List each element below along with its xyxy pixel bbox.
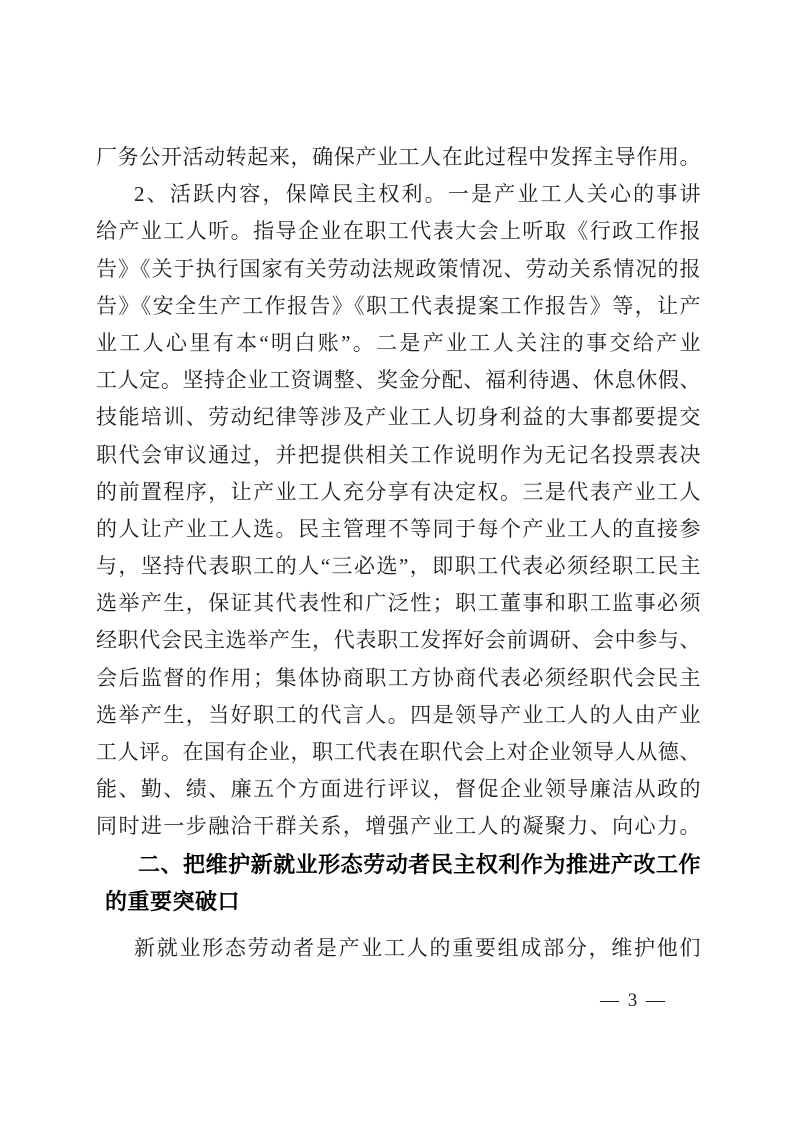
document-page: 厂务公开活动转起来，确保产业工人在此过程中发挥主导作用。 2、活跃内容，保障民主… [0, 0, 794, 1123]
body-line: 工人评。在国有企业，职工代表在职代会上对企业领导人从德、 [96, 734, 701, 771]
body-line: 告》《安全生产工作报告》《职工代表提案工作报告》等，让产 [96, 288, 701, 325]
body-line: 告》《关于执行国家有关劳动法规政策情况、劳动关系情况的报 [96, 251, 701, 288]
section-heading-line-2: 的重要突破口 [96, 883, 701, 920]
body-line: 经职代会民主选举产生，代表职工发挥好会前调研、会中参与、 [96, 622, 701, 659]
body-line: 的人让产业工人选。民主管理不等同于每个产业工人的直接参 [96, 511, 701, 548]
body-line: 新就业形态劳动者是产业工人的重要组成部分，维护他们 [96, 930, 701, 967]
body-line: 选举产生，当好职工的代言人。四是领导产业工人的人由产业 [96, 697, 701, 734]
body-line: 会后监督的作用；集体协商职工方协商代表必须经职代会民主 [96, 660, 701, 697]
body-line: 2、活跃内容，保障民主权利。一是产业工人关心的事讲 [96, 176, 701, 213]
body-line: 同时进一步融洽干群关系，增强产业工人的凝聚力、向心力。 [96, 808, 701, 845]
body-line: 选举产生，保证其代表性和广泛性；职工董事和职工监事必须 [96, 585, 701, 622]
body-line: 职代会审议通过，并把提供相关工作说明作为无记名投票表决 [96, 437, 701, 474]
section-heading-line-1: 二、把维护新就业形态劳动者民主权利作为推进产改工作 [96, 846, 701, 883]
body-line: 工人定。坚持企业工资调整、奖金分配、福利待遇、休息休假、 [96, 362, 701, 399]
body-line: 业工人心里有本“明白账”。二是产业工人关注的事交给产业 [96, 325, 701, 362]
body-line: 给产业工人听。指导企业在职工代表大会上听取《行政工作报 [96, 213, 701, 250]
page-number: — 3 — [600, 990, 690, 1012]
body-line: 的前置程序，让产业工人充分享有决定权。三是代表产业工人 [96, 474, 701, 511]
body-line: 技能培训、劳动纪律等涉及产业工人切身利益的大事都要提交 [96, 399, 701, 436]
document-body: 厂务公开活动转起来，确保产业工人在此过程中发挥主导作用。 2、活跃内容，保障民主… [96, 139, 701, 967]
body-line: 与，坚持代表职工的人“三必选”，即职工代表必须经职工民主 [96, 548, 701, 585]
body-line: 厂务公开活动转起来，确保产业工人在此过程中发挥主导作用。 [96, 139, 701, 176]
body-line: 能、勤、绩、廉五个方面进行评议，督促企业领导廉洁从政的 [96, 771, 701, 808]
